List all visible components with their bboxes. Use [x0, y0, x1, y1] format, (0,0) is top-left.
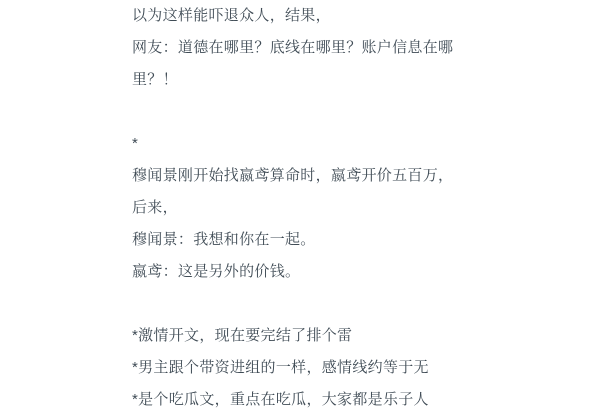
content-warning-line: *男主跟个带资进组的一样，感情线约等于无 [132, 352, 470, 384]
content-warning-line: *激情开文，现在要完结了排个雷 [132, 320, 470, 352]
text-line-wrapped: 里？！ [132, 64, 470, 96]
text-line: 穆闻景：我想和你在一起。 [132, 224, 470, 256]
text-line: 后来， [132, 192, 470, 224]
blank-line [132, 288, 470, 320]
text-line: 嬴鸢：这是另外的价钱。 [132, 256, 470, 288]
separator-asterisk: * [132, 128, 470, 160]
novel-intro-page: 以为这样能吓退众人，结果， 网友：道德在哪里？底线在哪里？账户信息在哪 里？！ … [132, 0, 470, 400]
blank-line [132, 96, 470, 128]
text-line: 穆闻景刚开始找嬴鸢算命时，嬴鸢开价五百万， [132, 160, 470, 192]
content-warning-line-clipped: *是个吃瓜文，重点在吃瓜，大家都是乐子人 [132, 384, 470, 400]
text-line: 网友：道德在哪里？底线在哪里？账户信息在哪 [132, 32, 470, 64]
text-line: 以为这样能吓退众人，结果， [132, 0, 470, 32]
